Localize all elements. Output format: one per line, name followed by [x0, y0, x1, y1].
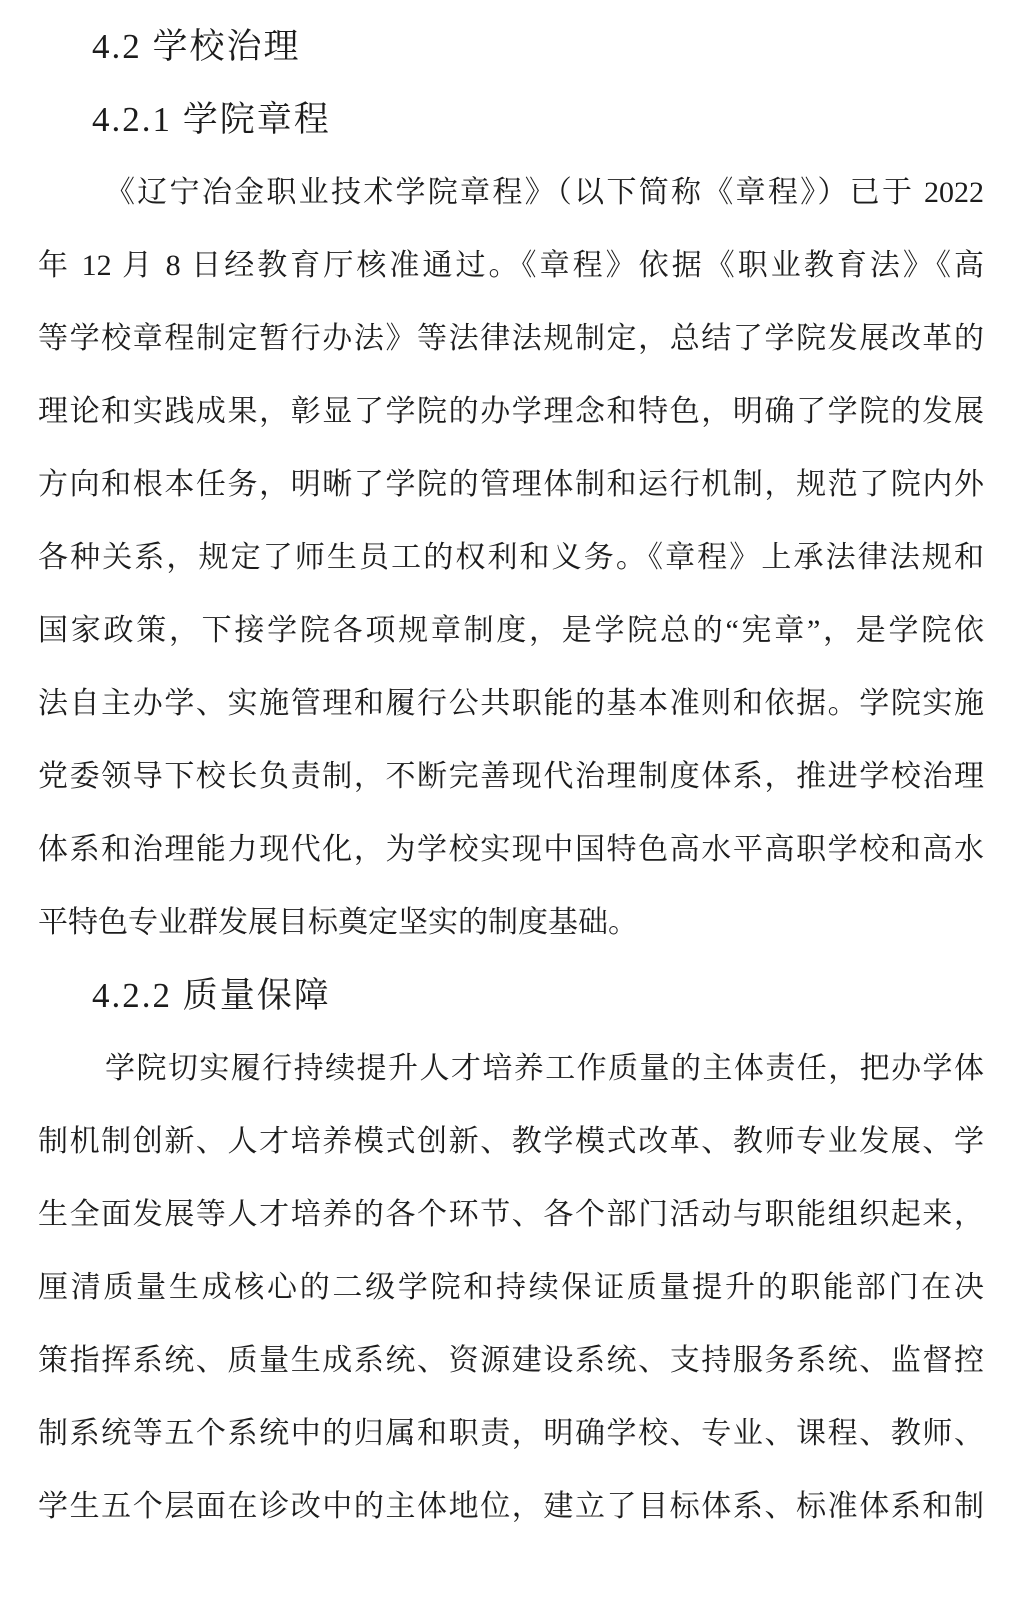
text-line: 学生五个层面在诊改中的主体地位，建立了目标体系、标准体系和制	[38, 1470, 984, 1543]
text-line: 各种关系，规定了师生员工的权利和义务。《章程》上承法律法规和	[38, 521, 984, 594]
document-page: 4.2 学校治理 4.2.1 学院章程 《辽宁冶金职业技术学院章程》（以下简称《…	[0, 0, 1024, 1599]
text-line: 年 12 月 8 日经教育厅核准通过。《章程》依据《职业教育法》《高	[38, 229, 984, 302]
text-line: 体系和治理能力现代化，为学校实现中国特色高水平高职学校和高水	[38, 813, 984, 886]
text-line: 方向和根本任务，明晰了学院的管理体制和运行机制，规范了院内外	[38, 448, 984, 521]
text-line: 法自主办学、实施管理和履行公共职能的基本准则和依据。学院实施	[38, 667, 984, 740]
section-heading-4-2-1: 4.2.1 学院章程	[92, 83, 984, 156]
text-line: 生全面发展等人才培养的各个环节、各个部门活动与职能组织起来，	[38, 1178, 984, 1251]
text-line: 制机制创新、人才培养模式创新、教学模式改革、教师专业发展、学	[38, 1105, 984, 1178]
text-line: 策指挥系统、质量生成系统、资源建设系统、支持服务系统、监督控	[38, 1324, 984, 1397]
text-line: 党委领导下校长负责制，不断完善现代治理制度体系，推进学校治理	[38, 740, 984, 813]
text-line: 学院切实履行持续提升人才培养工作质量的主体责任，把办学体	[38, 1032, 984, 1105]
text-line: 制系统等五个系统中的归属和职责，明确学校、专业、课程、教师、	[38, 1397, 984, 1470]
text-line: 厘清质量生成核心的二级学院和持续保证质量提升的职能部门在决	[38, 1251, 984, 1324]
text-line: 等学校章程制定暂行办法》等法律法规制定，总结了学院发展改革的	[38, 302, 984, 375]
paragraph-charter: 《辽宁冶金职业技术学院章程》（以下简称《章程》）已于 2022 年 12 月 8…	[38, 156, 984, 959]
text-line: 理论和实践成果，彰显了学院的办学理念和特色，明确了学院的发展	[38, 375, 984, 448]
text-line: 《辽宁冶金职业技术学院章程》（以下简称《章程》）已于 2022	[38, 156, 984, 229]
section-heading-4-2: 4.2 学校治理	[92, 10, 984, 83]
paragraph-quality-assurance: 学院切实履行持续提升人才培养工作质量的主体责任，把办学体 制机制创新、人才培养模…	[38, 1032, 984, 1543]
text-line: 国家政策，下接学院各项规章制度，是学院总的“宪章”，是学院依	[38, 594, 984, 667]
section-heading-4-2-2: 4.2.2 质量保障	[92, 959, 984, 1032]
text-line: 平特色专业群发展目标奠定坚实的制度基础。	[38, 886, 984, 959]
